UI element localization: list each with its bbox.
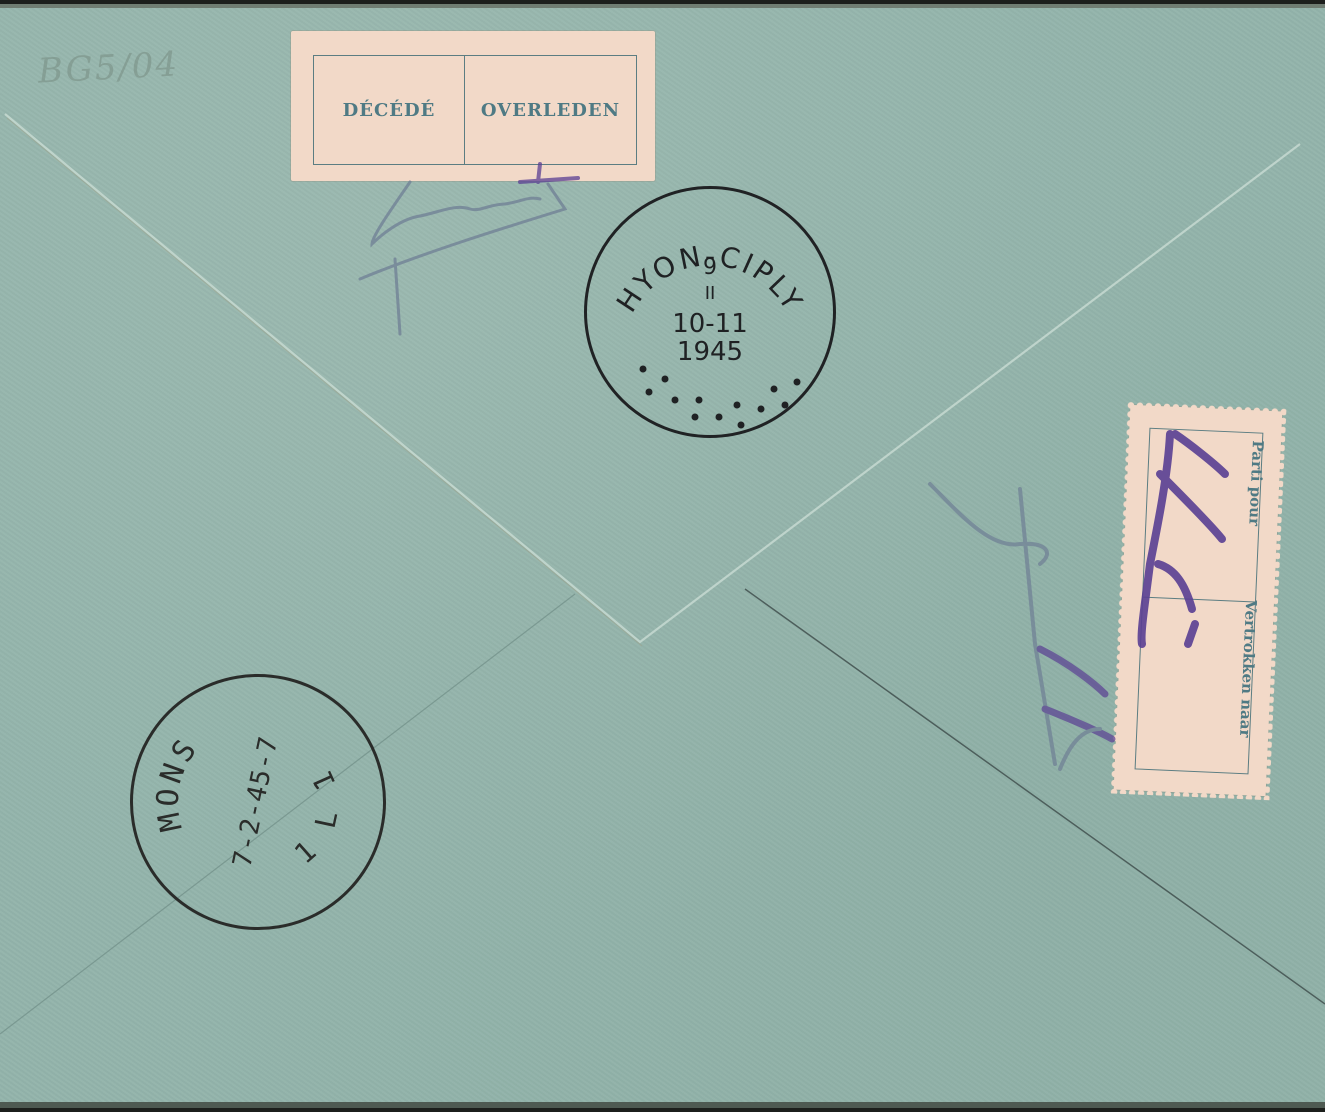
deceased-label-dutch: OVERLEDEN [465, 56, 636, 164]
pencil-reference-note: BG5/04 [37, 44, 180, 91]
moved-label: Parti pour Vertrokken naar [1114, 405, 1283, 796]
moved-label-french: Parti pour [1245, 440, 1267, 526]
deceased-label: DÉCÉDÉ OVERLEDEN [291, 31, 655, 181]
deceased-label-french: DÉCÉDÉ [314, 56, 465, 164]
postmark-dot-pattern [587, 189, 833, 435]
svg-text:MONS: MONS [142, 728, 209, 841]
envelope-back: BG5/04 DÉCÉDÉ OVERLEDEN HYON-CIPLY 9 II … [0, 4, 1325, 1108]
deceased-label-frame: DÉCÉDÉ OVERLEDEN [313, 55, 637, 165]
svg-text:1 L 1: 1 L 1 [284, 755, 355, 875]
moved-label-divider [1143, 597, 1255, 603]
hyon-ciply-postmark: HYON-CIPLY 9 II 10-11 1945 [584, 186, 836, 438]
